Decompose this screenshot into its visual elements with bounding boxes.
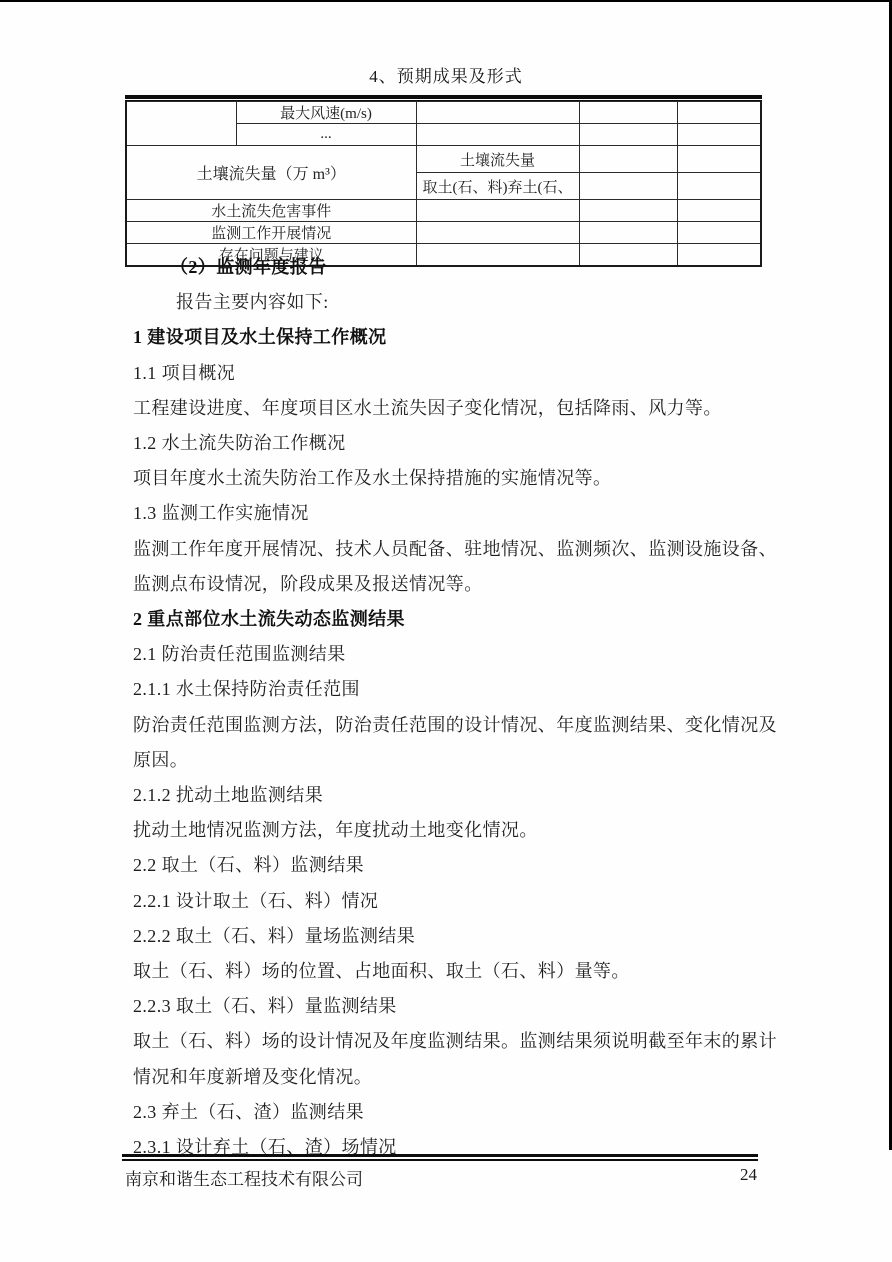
cell-empty xyxy=(416,200,579,222)
body-line-section-2: 2 重点部位水土流失动态监测结果 xyxy=(133,602,765,637)
page-number: 24 xyxy=(740,1165,757,1185)
body-line: 2.1.1 水土保持防治责任范围 xyxy=(133,672,765,707)
cell-empty xyxy=(677,173,761,200)
cell-empty xyxy=(579,124,677,146)
body-line: 报告主要内容如下: xyxy=(176,285,765,320)
body-line: 2.1 防治责任范围监测结果 xyxy=(133,637,765,672)
table-row: 监测工作开展情况 xyxy=(126,222,761,244)
cell-hazard-events: 水土流失危害事件 xyxy=(126,200,416,222)
document-page: 4、预期成果及形式 最大风速(m/s) ... xyxy=(0,0,892,1262)
body-line: 原因。 xyxy=(133,743,765,778)
body-text: （2）监测年度报告 报告主要内容如下: 1 建设项目及水土保持工作概况 1.1 … xyxy=(133,250,765,1165)
results-table-wrap: 最大风速(m/s) ... 土壤流失量（万 m³） 土壤流失量 取土(石、料)弃… xyxy=(125,95,762,267)
cell-monitoring-progress: 监测工作开展情况 xyxy=(126,222,416,244)
cell-soil-loss-amount: 土壤流失量 xyxy=(416,146,579,173)
body-line-annual-report-heading: （2）监测年度报告 xyxy=(170,250,765,285)
table-row: 水土流失危害事件 xyxy=(126,200,761,222)
cell-empty xyxy=(579,200,677,222)
cell-borrow-spoil: 取土(石、料)弃土(石、 xyxy=(416,173,579,200)
footer-company: 南京和谐生态工程技术有限公司 xyxy=(125,1165,363,1190)
cell-empty xyxy=(416,124,579,146)
body-line: 工程建设进度、年度项目区水土流失因子变化情况，包括降雨、风力等。 xyxy=(133,391,765,426)
body-line: 取土（石、料）场的设计情况及年度监测结果。监测结果须说明截至年末的累计 xyxy=(133,1024,765,1059)
table-row: 土壤流失量（万 m³） 土壤流失量 xyxy=(126,146,761,173)
cell-max-wind-speed: 最大风速(m/s) xyxy=(236,102,416,124)
cell-empty xyxy=(579,102,677,124)
footer-rule xyxy=(122,1154,758,1161)
body-line: 2.2 取土（石、料）监测结果 xyxy=(133,848,765,883)
body-line: 项目年度水土流失防治工作及水土保持措施的实施情况等。 xyxy=(133,461,765,496)
body-line: 监测工作年度开展情况、技术人员配备、驻地情况、监测频次、监测设施设备、 xyxy=(133,532,765,567)
cell-empty xyxy=(579,173,677,200)
body-line: 防治责任范围监测方法，防治责任范围的设计情况、年度监测结果、变化情况及 xyxy=(133,708,765,743)
cell-empty xyxy=(579,146,677,173)
cell-empty xyxy=(677,200,761,222)
cell-empty xyxy=(677,102,761,124)
body-line: 监测点布设情况，阶段成果及报送情况等。 xyxy=(133,567,765,602)
body-line: 1.2 水土流失防治工作概况 xyxy=(133,426,765,461)
cell-soil-loss-label: 土壤流失量（万 m³） xyxy=(126,146,416,200)
body-line: 2.2.1 设计取土（石、料）情况 xyxy=(133,884,765,919)
cell-empty xyxy=(677,222,761,244)
page-footer: 南京和谐生态工程技术有限公司 24 xyxy=(125,1165,757,1190)
page-header-title: 4、预期成果及形式 xyxy=(0,62,892,87)
body-line: 1.1 项目概况 xyxy=(133,356,765,391)
body-line: 2.2.3 取土（石、料）量监测结果 xyxy=(133,989,765,1024)
body-line: 1.3 监测工作实施情况 xyxy=(133,496,765,531)
table-row: 最大风速(m/s) xyxy=(126,102,761,124)
body-line: 2.2.2 取土（石、料）量场监测结果 xyxy=(133,919,765,954)
cell-empty xyxy=(677,124,761,146)
cell-ellipsis: ... xyxy=(236,124,416,146)
page-top-edge-line xyxy=(0,0,892,2)
cell-empty xyxy=(416,102,579,124)
cell-empty xyxy=(416,222,579,244)
body-line: 2.3 弃土（石、渣）监测结果 xyxy=(133,1095,765,1130)
body-line: 扰动土地情况监测方法，年度扰动土地变化情况。 xyxy=(133,813,765,848)
results-table: 最大风速(m/s) ... 土壤流失量（万 m³） 土壤流失量 取土(石、料)弃… xyxy=(125,101,762,267)
cell-empty xyxy=(677,146,761,173)
cell-empty-group xyxy=(126,102,236,146)
body-line-section-1: 1 建设项目及水土保持工作概况 xyxy=(133,320,765,355)
cell-empty xyxy=(579,222,677,244)
body-line: 2.1.2 扰动土地监测结果 xyxy=(133,778,765,813)
body-line: 情况和年度新增及变化情况。 xyxy=(133,1060,765,1095)
body-line: 取土（石、料）场的位置、占地面积、取土（石、料）量等。 xyxy=(133,954,765,989)
